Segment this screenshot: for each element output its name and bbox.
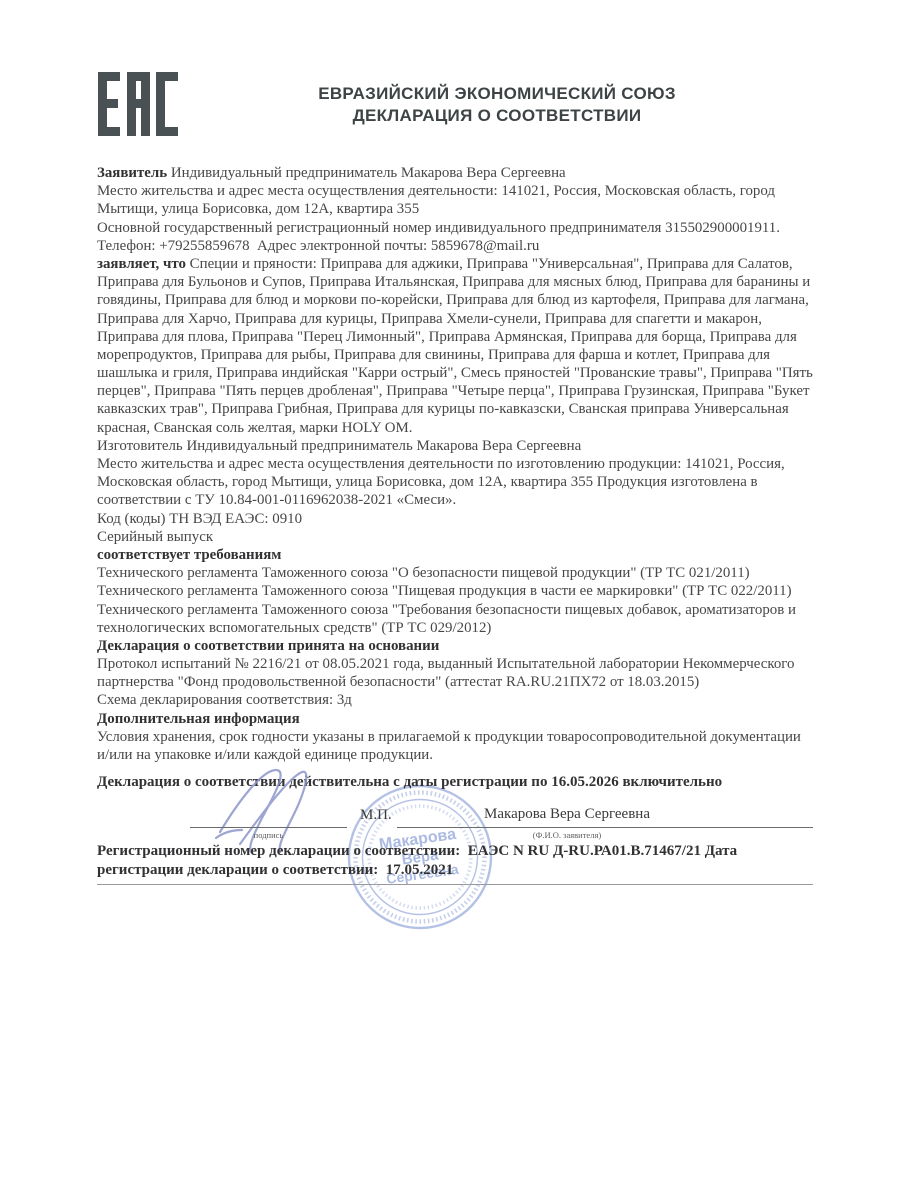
document-line: Код (коды) ТН ВЭД ЕАЭС: 0910 (97, 510, 822, 528)
document-line: кавказских трав", Приправа Грибная, Прип… (97, 400, 822, 418)
document-line: Технического регламента Таможенного союз… (97, 601, 822, 619)
document-line: Мытищи, улица Борисовка, дом 12А, кварти… (97, 200, 822, 218)
document-line: красная, Сванская соль желтая, марки HOL… (97, 419, 822, 437)
document-line: Заявитель Индивидуальный предприниматель… (97, 164, 822, 182)
applicant-name: Макарова Вера Сергеевна (397, 806, 737, 823)
document-line: Изготовитель Индивидуальный предпринимат… (97, 437, 822, 455)
signature-caption: подпись (190, 830, 347, 840)
eac-logo-icon (98, 72, 178, 136)
registration-block: Регистрационный номер декларации о соотв… (97, 842, 822, 880)
document-line: технологических вспомогательных средств"… (97, 619, 822, 637)
document-line: Место жительства и адрес места осуществл… (97, 182, 822, 200)
document-line: Протокол испытаний № 2216/21 от 08.05.20… (97, 655, 822, 673)
validity-statement: Декларация о соответствии действительна … (97, 774, 822, 791)
document-line: Приправа для Харчо, Приправа для курицы,… (97, 310, 822, 328)
document-body: Заявитель Индивидуальный предприниматель… (97, 164, 822, 764)
signature-line (190, 827, 347, 828)
document-line: Приправа для Бульонов и Супов, Приправа … (97, 273, 822, 291)
document-line: перцев", Приправа "Пять перцев дробленая… (97, 382, 822, 400)
document-header: ЕВРАЗИЙСКИЙ ЭКОНОМИЧЕСКИЙ СОЮЗ ДЕКЛАРАЦИ… (182, 83, 812, 127)
document-line: Декларация о соответствии принята на осн… (97, 637, 822, 655)
document-line: и/или на упаковке и/или каждой единице п… (97, 746, 822, 764)
document-line: Условия хранения, срок годности указаны … (97, 728, 822, 746)
document-line: соответствии с ТУ 10.84-001-0116962038-2… (97, 491, 822, 509)
document-line: партнерства "Фонд продовольственной безо… (97, 673, 822, 691)
document-line: говядины, Приправа для блюд и моркови по… (97, 291, 822, 309)
document-line: соответствует требованиям (97, 546, 822, 564)
document-line: Серийный выпуск (97, 528, 822, 546)
registration-number-line1: Регистрационный номер декларации о соотв… (97, 842, 822, 861)
bottom-rule (97, 884, 813, 885)
registration-number-line2: регистрации декларации о соответствии: 1… (97, 861, 822, 880)
document-line: Дополнительная информация (97, 710, 822, 728)
document-line: Место жительства и адрес места осуществл… (97, 455, 822, 473)
union-title: ЕВРАЗИЙСКИЙ ЭКОНОМИЧЕСКИЙ СОЮЗ (182, 83, 812, 105)
document-line: Технического регламента Таможенного союз… (97, 564, 822, 582)
stamp-place-label: М.П. (360, 807, 392, 824)
document-line: Основной государственный регистрационный… (97, 219, 822, 237)
document-line: Московская область, город Мытищи, улица … (97, 473, 822, 491)
applicant-caption: (Ф.И.О. заявителя) (397, 830, 737, 840)
applicant-name-line (397, 827, 813, 828)
document-line: Приправа для плова, Приправа "Перец Лимо… (97, 328, 822, 346)
document-line: шашлыка и гриля, Приправа индийская "Кар… (97, 364, 822, 382)
document-line: морепродуктов, Приправа для рыбы, Припра… (97, 346, 822, 364)
document-line: Телефон: +79255859678 Адрес электронной … (97, 237, 822, 255)
document-line: заявляет, что Специи и пряности: Приправ… (97, 255, 822, 273)
document-line: Технического регламента Таможенного союз… (97, 582, 822, 600)
declaration-title: ДЕКЛАРАЦИЯ О СООТВЕТСТВИИ (182, 105, 812, 127)
document-line: Схема декларирования соответствия: 3д (97, 691, 822, 709)
